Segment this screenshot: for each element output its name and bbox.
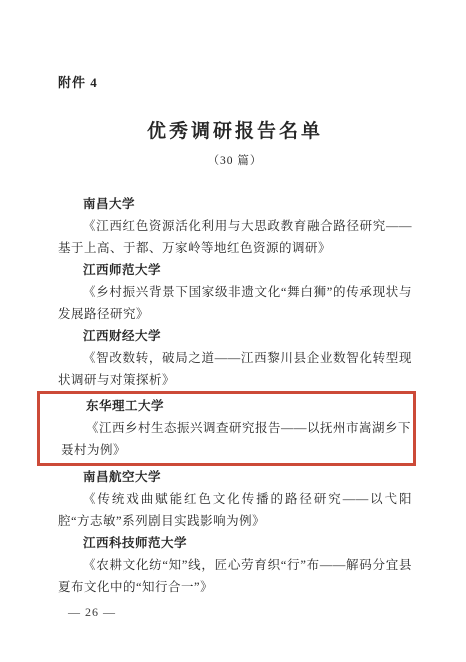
report-title: 《农耕文化纺“知”线，匠心劳育织“行”布——解码分宜县夏布文化中的“知行合一”》: [58, 554, 412, 598]
report-entry: 江西师范大学 《乡村振兴背景下国家级非遗文化“舞白狮”的传承现状与发展路径研究》: [58, 259, 412, 325]
report-list: 南昌大学 《江西红色资源活化利用与大思政教育融合路径研究——基于上高、于都、万家…: [58, 193, 412, 598]
university-name: 南昌大学: [58, 193, 412, 215]
university-name: 江西师范大学: [58, 259, 412, 281]
report-entry: 江西财经大学 《智改数转，破局之道——江西黎川县企业数智化转型现状调研与对策探析…: [58, 325, 412, 391]
highlighted-report-entry: 东华理工大学 《江西乡村生态振兴调查研究报告——以抚州市嵩湖乡下聂村为例》: [37, 391, 416, 466]
report-count: （30 篇）: [58, 152, 412, 168]
report-entry: 南昌大学 《江西红色资源活化利用与大思政教育融合路径研究——基于上高、于都、万家…: [58, 193, 412, 259]
document-page: 附件 4 优秀调研报告名单 （30 篇） 南昌大学 《江西红色资源活化利用与大思…: [0, 0, 466, 662]
report-title: 《智改数转，破局之道——江西黎川县企业数智化转型现状调研与对策探析》: [58, 347, 412, 391]
report-title: 《江西红色资源活化利用与大思政教育融合路径研究——基于上高、于都、万家岭等地红色…: [58, 215, 412, 259]
report-title: 《传统戏曲赋能红色文化传播的路径研究——以弋阳腔“方志敏”系列剧目实践影响为例》: [58, 488, 412, 532]
university-name: 江西科技师范大学: [58, 532, 412, 554]
university-name: 东华理工大学: [61, 395, 411, 417]
document-title: 优秀调研报告名单: [58, 116, 412, 143]
attachment-label: 附件 4: [58, 72, 412, 91]
university-name: 江西财经大学: [58, 325, 412, 347]
report-title: 《乡村振兴背景下国家级非遗文化“舞白狮”的传承现状与发展路径研究》: [58, 281, 412, 325]
report-entry: 南昌航空大学 《传统戏曲赋能红色文化传播的路径研究——以弋阳腔“方志敏”系列剧目…: [58, 466, 412, 532]
report-title: 《江西乡村生态振兴调查研究报告——以抚州市嵩湖乡下聂村为例》: [61, 417, 411, 461]
university-name: 南昌航空大学: [58, 466, 412, 488]
page-number: — 26 —: [58, 605, 412, 620]
report-entry: 江西科技师范大学 《农耕文化纺“知”线，匠心劳育织“行”布——解码分宜县夏布文化…: [58, 532, 412, 598]
